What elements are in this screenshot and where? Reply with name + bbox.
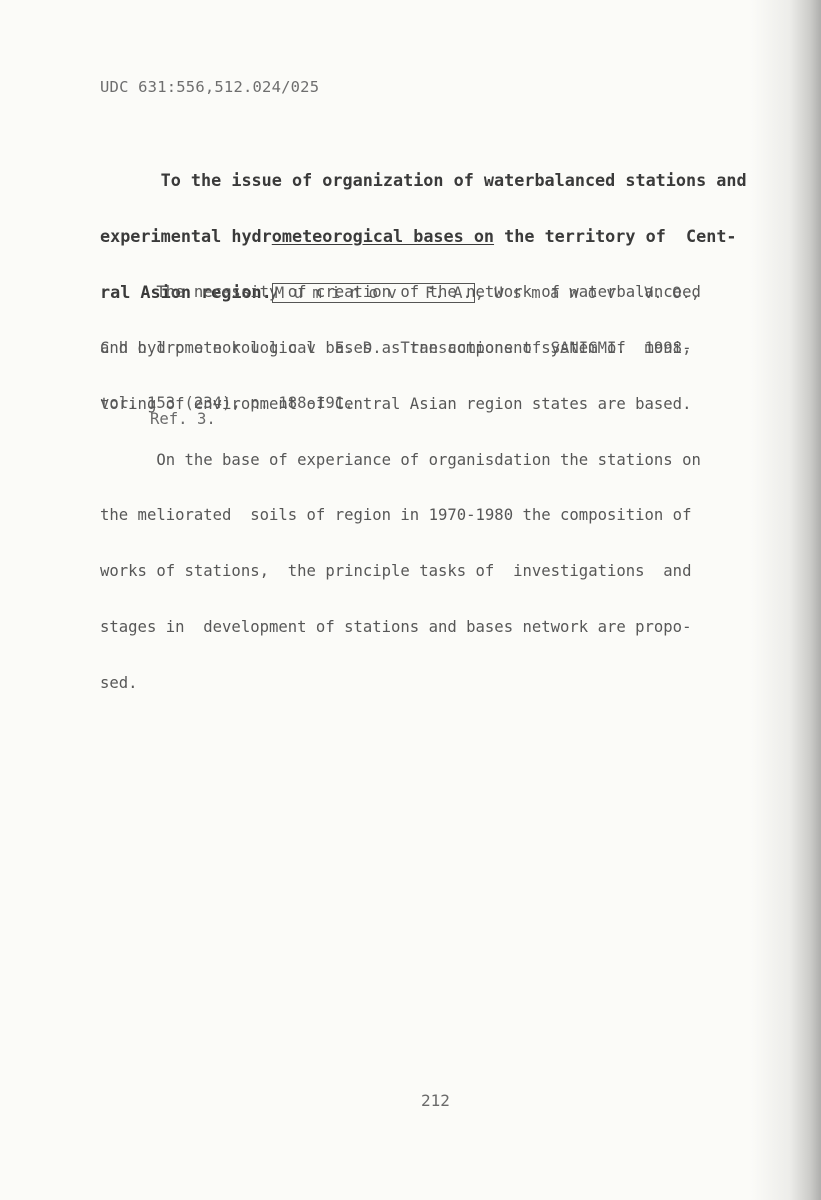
udc-code: UDC 631:556,512.024/025	[100, 78, 319, 96]
abstract-line: the meliorated soils of region in 1970-1…	[100, 506, 796, 525]
underlined-title-fragment: ometeorogical bases on	[272, 226, 494, 246]
abstract-line: The necessity of creation of the network…	[100, 283, 796, 302]
abstract-line: sed.	[100, 674, 796, 693]
page-number: 212	[421, 1091, 450, 1110]
abstract-line: On the base of experiance of organisdati…	[100, 451, 796, 470]
title-text: To the issue of organization of waterbal…	[161, 170, 747, 190]
title-line-2: experimental hydrometeorogical bases on …	[100, 227, 796, 246]
abstract-line: and hydrometeorological bases as tne com…	[100, 339, 796, 358]
abstract-line: works of stations, the principle tasks o…	[100, 562, 796, 581]
title-line-1: To the issue of organization of waterbal…	[100, 171, 796, 190]
abstract-text: The necessity of creation of the network…	[100, 246, 796, 711]
reference-count: Ref. 3.	[150, 410, 216, 428]
abstract-line: stages in development of stations and ba…	[100, 618, 796, 637]
